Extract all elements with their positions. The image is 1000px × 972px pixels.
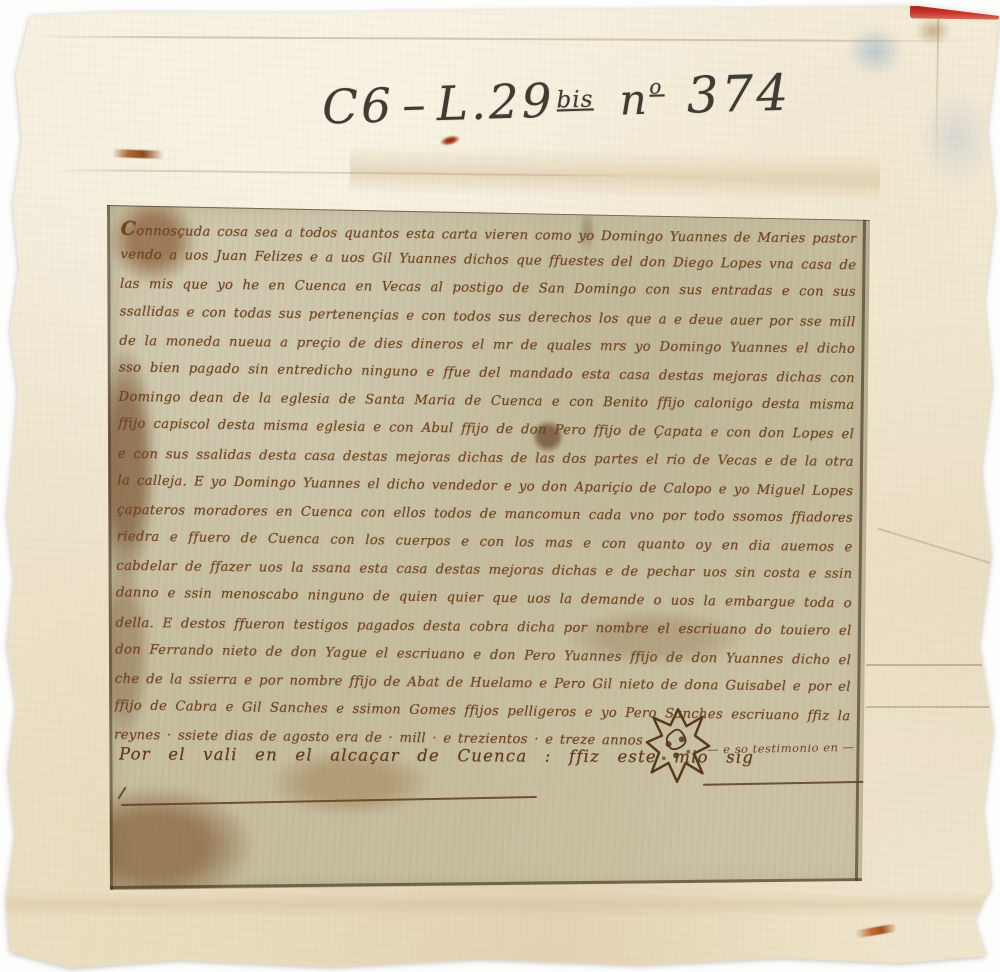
notary-subscription-line: Por el vali en el alcaçar de Cuenca : ff… — [119, 745, 659, 767]
archival-series-suffix: bis — [556, 86, 594, 113]
archival-series: L.29 — [436, 74, 556, 132]
archival-inscription: C6 – L.29bis no 374 — [321, 59, 962, 136]
charter-parchment: Connosçuda cosa sea a todos quantos esta… — [107, 200, 870, 892]
fold-shadow-band-bottom — [0, 892, 1000, 916]
brown-streak-stain — [112, 149, 164, 159]
red-speck-stain — [439, 134, 461, 148]
archival-number: 374 — [686, 64, 792, 125]
charter-edge-line — [855, 219, 866, 883]
tan-stain — [915, 17, 951, 45]
archival-number-abbrev-sup: o — [649, 74, 665, 98]
orange-streak-stain — [855, 923, 898, 938]
right-margin-rule-line — [866, 664, 988, 666]
fold-crease-top — [35, 36, 985, 43]
manuscript-scan: C6 – L.29bis no 374 Conn — [0, 0, 1000, 972]
manuscript-text-block: Connosçuda cosa sea a todos quantos esta… — [114, 210, 857, 759]
archival-separator: – — [401, 77, 429, 133]
diagonal-crease-right — [878, 528, 991, 564]
archival-number-abbrev: n — [619, 75, 651, 125]
notarial-sign-star-icon — [645, 706, 711, 786]
red-edge-mark — [910, 5, 1000, 19]
fold-shadow-band — [350, 145, 881, 202]
right-margin-rule-line — [866, 706, 993, 708]
pen-flourish-rule — [703, 780, 899, 785]
outer-parchment-sheet: C6 – L.29bis no 374 Conn — [0, 0, 1000, 972]
archival-code: C6 — [321, 78, 394, 135]
parchment-sheet-wrap: C6 – L.29bis no 374 Conn — [0, 0, 1000, 972]
